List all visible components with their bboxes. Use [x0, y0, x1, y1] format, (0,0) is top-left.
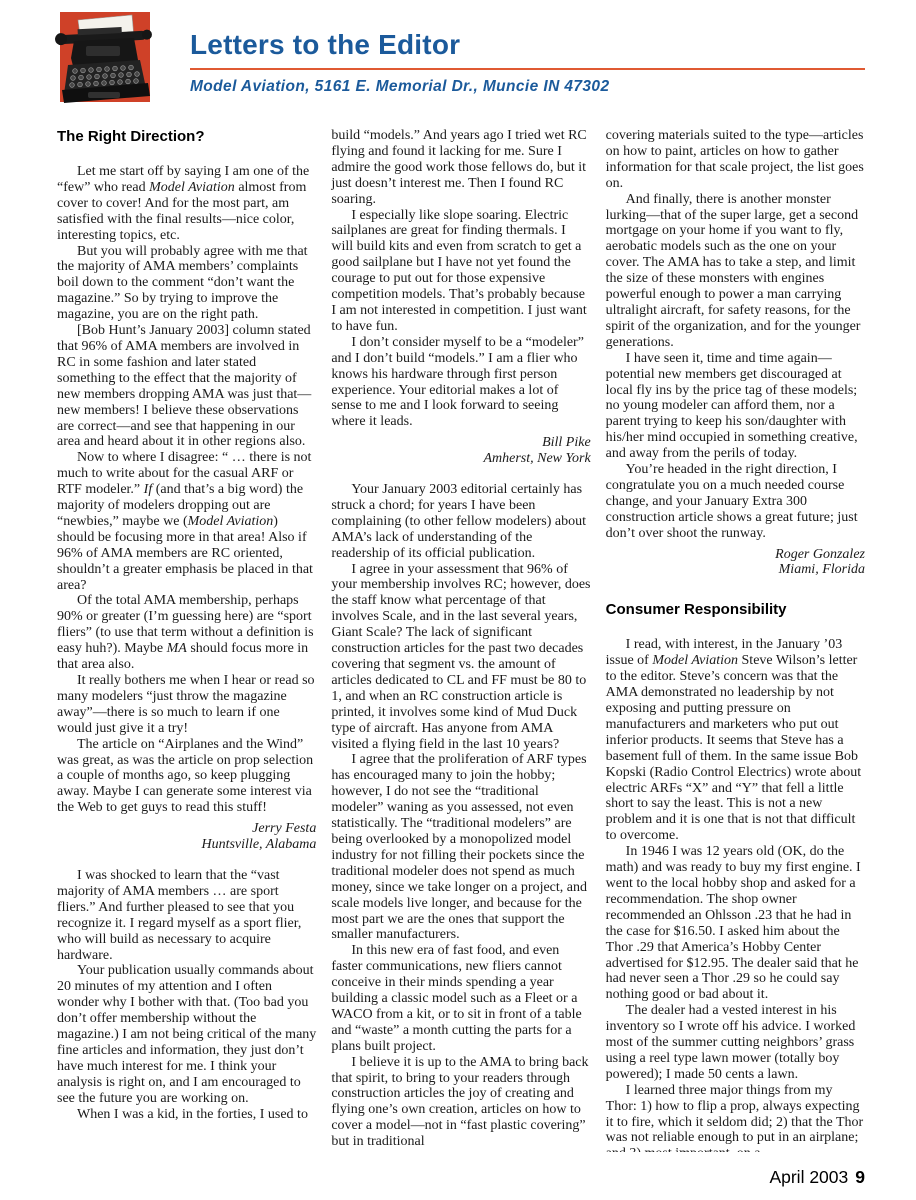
paragraph: And finally, there is another monster lu…: [606, 192, 865, 351]
magazine-page: Letters to the Editor Model Aviation, 51…: [0, 0, 916, 1200]
column: build “models.” And years ago I tried we…: [331, 128, 590, 1152]
paragraph: But you will probably agree with me that…: [57, 244, 316, 324]
column: covering materials suited to the type—ar…: [606, 128, 865, 1152]
letters-columns: The Right Direction?Let me start off by …: [57, 128, 865, 1152]
section-heading: Consumer Responsibility: [606, 601, 865, 618]
paragraph: I learned three major things from my Tho…: [606, 1083, 865, 1152]
paragraph: You’re headed in the right direction, I …: [606, 462, 865, 542]
letter-signature: Roger GonzalezMiami, Florida: [606, 547, 865, 579]
paragraph: I was shocked to learn that the “vast ma…: [57, 868, 316, 963]
header-text-block: Letters to the Editor Model Aviation, 51…: [160, 8, 865, 96]
paragraph: I don’t consider myself to be a “modeler…: [331, 335, 590, 430]
page-footer: April 20039: [769, 1167, 865, 1188]
signature-line: Jerry Festa: [57, 821, 316, 837]
paragraph: I read, with interest, in the January ’0…: [606, 637, 865, 844]
paragraph: The article on “Airplanes and the Wind” …: [57, 737, 316, 817]
paragraph: I especially like slope soaring. Electri…: [331, 208, 590, 335]
paragraph: Now to where I disagree: “ … there is no…: [57, 450, 316, 593]
paragraph: It really bothers me when I hear or read…: [57, 673, 316, 737]
signature-line: Roger Gonzalez: [606, 547, 865, 563]
letter-signature: Jerry FestaHuntsville, Alabama: [57, 821, 316, 853]
typewriter-icon: [48, 8, 160, 110]
paragraph: Let me start off by saying I am one of t…: [57, 164, 316, 244]
paragraph: build “models.” And years ago I tried we…: [331, 128, 590, 208]
signature-line: Miami, Florida: [606, 562, 865, 578]
title-rule: [190, 68, 865, 70]
letter-signature: Bill PikeAmherst, New York: [331, 435, 590, 467]
signature-line: Amherst, New York: [331, 451, 590, 467]
paragraph: I have seen it, time and time again—pote…: [606, 351, 865, 462]
paragraph: Of the total AMA membership, perhaps 90%…: [57, 593, 316, 673]
issue-date: April 2003: [769, 1167, 848, 1187]
paragraph: I agree in your assessment that 96% of y…: [331, 562, 590, 753]
page-number: 9: [855, 1167, 865, 1187]
paragraph: Your January 2003 editorial certainly ha…: [331, 482, 590, 562]
page-header: Letters to the Editor Model Aviation, 51…: [48, 8, 865, 110]
magazine-address: Model Aviation, 5161 E. Memorial Dr., Mu…: [190, 78, 865, 96]
paragraph: The dealer had a vested interest in his …: [606, 1003, 865, 1083]
paragraph: I agree that the proliferation of ARF ty…: [331, 752, 590, 943]
paragraph: In this new era of fast food, and even f…: [331, 943, 590, 1054]
signature-line: Bill Pike: [331, 435, 590, 451]
paragraph: When I was a kid, in the forties, I used…: [57, 1107, 316, 1123]
section-heading: The Right Direction?: [57, 128, 316, 145]
paragraph: [Bob Hunt’s January 2003] column stated …: [57, 323, 316, 450]
paragraph: covering materials suited to the type—ar…: [606, 128, 865, 192]
paragraph: Your publication usually commands about …: [57, 963, 316, 1106]
signature-line: Huntsville, Alabama: [57, 837, 316, 853]
paragraph: I believe it is up to the AMA to bring b…: [331, 1055, 590, 1150]
paragraph: In 1946 I was 12 years old (OK, do the m…: [606, 844, 865, 1003]
page-title: Letters to the Editor: [190, 30, 865, 61]
column: The Right Direction?Let me start off by …: [57, 128, 316, 1152]
